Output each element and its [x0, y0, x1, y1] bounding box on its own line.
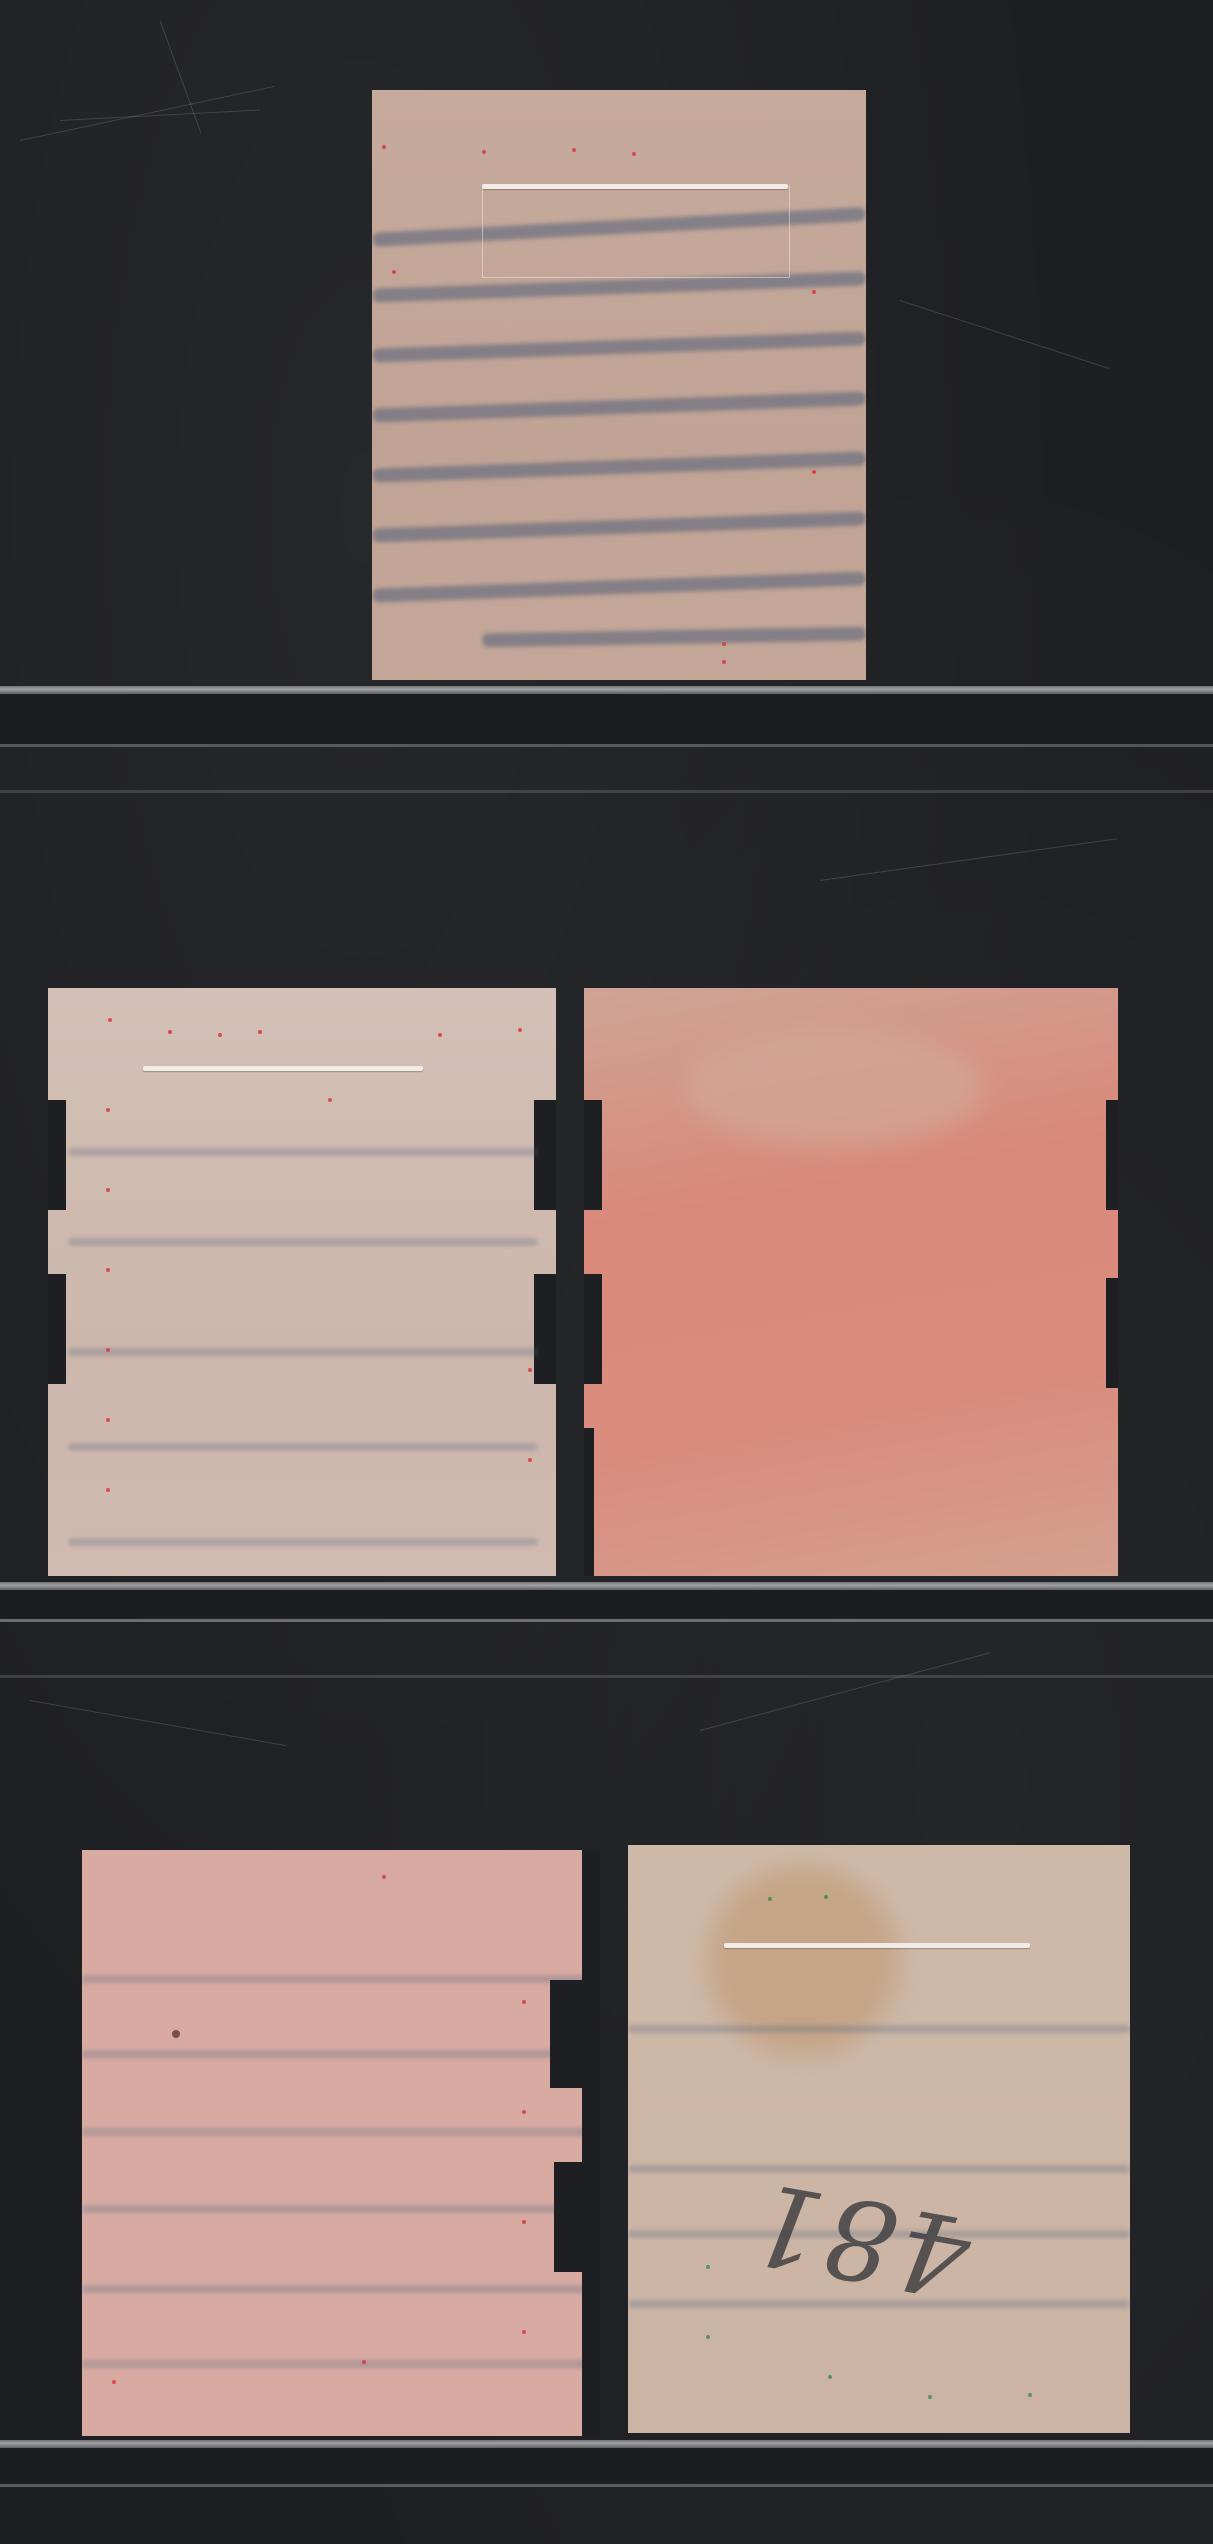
red-dot [518, 1028, 522, 1032]
red-dot [522, 2220, 526, 2224]
red-dot [522, 2110, 526, 2114]
red-dot [722, 660, 726, 664]
cancel-line [68, 1538, 538, 1546]
strip-edge [0, 1582, 1213, 1590]
cancel-line [82, 2360, 600, 2368]
green-dot [928, 2395, 932, 2399]
green-dot [768, 1897, 772, 1901]
cancel-line [82, 1975, 600, 1983]
coil-notch [584, 1274, 602, 1384]
cancel-line [68, 1238, 538, 1246]
coil-notch [48, 1274, 66, 1384]
coil-notch [48, 1100, 66, 1210]
cancel-line [82, 2050, 600, 2058]
cancel-line [68, 1348, 538, 1356]
coil-notch [534, 1274, 556, 1384]
stamp-row1 [372, 90, 866, 680]
shelf-band [0, 1590, 1213, 1618]
red-dot [382, 145, 386, 149]
coil-notch [1106, 1278, 1118, 1388]
red-dot [108, 1018, 112, 1022]
hinge-remnant [724, 1943, 1030, 1948]
stamp-paper [82, 1850, 600, 2436]
stamp-row3-left [82, 1850, 600, 2436]
red-dot [522, 2330, 526, 2334]
mount-divider [582, 1850, 600, 2436]
shelf-line [0, 744, 1213, 747]
red-dot [362, 2360, 366, 2364]
coil-notch [534, 1100, 556, 1210]
hinge-remnant [143, 1066, 423, 1071]
red-dot [528, 1458, 532, 1462]
red-dot [258, 1030, 262, 1034]
green-dot [706, 2265, 710, 2269]
green-dot [828, 2375, 832, 2379]
red-dot [328, 1098, 332, 1102]
red-dot [528, 1368, 532, 1372]
hinge-outline [482, 186, 790, 278]
coil-notch [550, 1980, 582, 2088]
red-dot [106, 1268, 110, 1272]
red-dot [812, 290, 816, 294]
dark-spot [172, 2030, 180, 2038]
stamp-row2-left [48, 988, 556, 1576]
shelf-line [0, 1675, 1213, 1678]
coil-notch [1106, 1100, 1118, 1210]
red-dot [168, 1030, 172, 1034]
red-dot [438, 1033, 442, 1037]
red-dot [632, 152, 636, 156]
green-dot [1028, 2393, 1032, 2397]
red-dot [522, 2000, 526, 2004]
red-dot [106, 1488, 110, 1492]
red-dot [218, 1033, 222, 1037]
red-dot [106, 1188, 110, 1192]
cancel-line [82, 2285, 600, 2293]
torn-corner [584, 1428, 594, 1576]
stamp-row3-right: 481 [628, 1845, 1130, 2433]
red-dot [812, 470, 816, 474]
red-dot [722, 642, 726, 646]
shelf-band [0, 2448, 1213, 2482]
red-dot [392, 270, 396, 274]
green-dot [824, 1895, 828, 1899]
stamp-row2-right [584, 988, 1118, 1576]
strip-edge [0, 686, 1213, 694]
paper-tone [684, 1028, 984, 1148]
red-dot [106, 1108, 110, 1112]
cancel-line [628, 2165, 1130, 2173]
cancel-line [628, 2025, 1130, 2033]
cancel-line [82, 2205, 600, 2213]
red-dot [106, 1348, 110, 1352]
red-dot [112, 2380, 116, 2384]
red-dot [382, 1875, 386, 1879]
shelf-line [0, 1619, 1213, 1622]
shelf-band [0, 694, 1213, 744]
cancel-line [82, 2128, 600, 2136]
shelf-line [0, 2484, 1213, 2487]
red-dot [572, 148, 576, 152]
coil-notch [584, 1100, 602, 1210]
shelf-line [0, 790, 1213, 793]
red-dot [482, 150, 486, 154]
cancel-line [68, 1443, 538, 1451]
cancel-line [68, 1148, 538, 1156]
strip-edge [0, 2440, 1213, 2448]
green-dot [706, 2335, 710, 2339]
stamp-paper [48, 988, 556, 1576]
red-dot [106, 1418, 110, 1422]
